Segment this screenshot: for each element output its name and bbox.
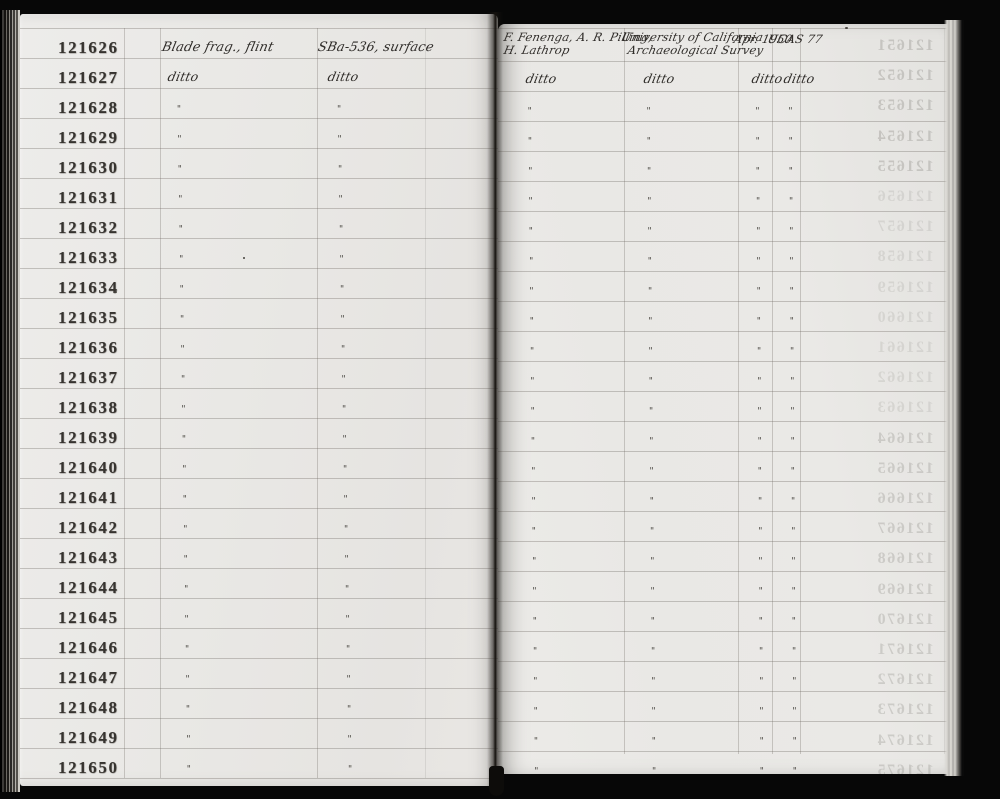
bleedthrough-number: 121660 [876, 309, 934, 327]
ditto-mark: " [185, 645, 190, 655]
ditto-mark: " [338, 135, 343, 145]
row-line [498, 181, 958, 182]
ditto-mark: " [758, 437, 763, 447]
ditto-mark: " [183, 495, 188, 505]
ditto-mark: " [186, 705, 191, 715]
catalog-number: 121639 [58, 428, 119, 448]
ditto-mark: " [790, 287, 795, 297]
ditto-mark: " [532, 527, 537, 537]
ditto-mark: " [648, 257, 653, 267]
ditto-mark: " [791, 497, 796, 507]
ditto-mark: " [533, 617, 538, 627]
ditto-mark: " [650, 467, 655, 477]
ditto-mark: " [347, 675, 352, 685]
bleedthrough-number: 121661 [876, 339, 934, 357]
ditto-mark: " [650, 497, 655, 507]
row-line [498, 301, 958, 302]
ditto-mark: " [341, 345, 346, 355]
row-line [20, 268, 498, 269]
ditto-mark: " [791, 437, 796, 447]
row-line [20, 208, 498, 209]
ditto-mark: " [759, 647, 764, 657]
row-line [20, 598, 498, 599]
ditto-mark: " [340, 285, 345, 295]
row-line [498, 631, 958, 632]
bleedthrough-number: 121663 [876, 399, 934, 417]
ditto-mark: " [647, 137, 652, 147]
row-line [20, 628, 498, 629]
ditto-mark: " [178, 165, 183, 175]
ditto-mark: " [757, 407, 762, 417]
ditto-mark: " [533, 677, 538, 687]
row-line [20, 58, 498, 59]
ditto-mark: " [530, 377, 535, 387]
row-line [20, 778, 498, 779]
row-line [498, 691, 958, 692]
row-line [20, 718, 498, 719]
row-line [498, 571, 958, 572]
row-line [20, 358, 498, 359]
bleedthrough-number: 121659 [876, 279, 934, 297]
ditto-mark: " [759, 617, 764, 627]
ditto-mark: " [346, 645, 351, 655]
ditto-mark: " [792, 617, 797, 627]
collector-ditto: ditto [524, 71, 558, 86]
ditto-mark: " [649, 377, 654, 387]
ditto-mark: " [648, 227, 653, 237]
row-line [20, 88, 498, 89]
catalog-number: 121646 [58, 638, 119, 658]
dust-speck [243, 257, 245, 259]
row-line [20, 448, 498, 449]
row-line [20, 148, 498, 149]
row-line [498, 511, 958, 512]
ditto-mark: " [344, 525, 349, 535]
ditto-mark: " [345, 585, 350, 595]
ditto-mark: " [652, 767, 657, 774]
page-edge-stack-left [0, 10, 20, 792]
ditto-mark: " [348, 765, 353, 775]
ditto-mark: " [342, 375, 347, 385]
ditto-mark: " [757, 317, 762, 327]
ditto-mark: " [529, 197, 534, 207]
ditto-mark: " [347, 705, 352, 715]
book-gutter-shadow [489, 766, 504, 796]
ditto-mark: " [789, 197, 794, 207]
ditto-mark: " [756, 137, 761, 147]
ditto-mark: " [759, 707, 764, 717]
ditto-mark: " [181, 345, 186, 355]
collector-cell: H. Lathrop [503, 43, 572, 57]
row-line [498, 601, 958, 602]
ditto-mark: " [648, 317, 653, 327]
ditto-mark: " [651, 617, 656, 627]
row-line [20, 118, 498, 119]
ditto-mark: " [180, 315, 185, 325]
ditto-mark: " [789, 167, 794, 177]
ditto-mark: " [530, 347, 535, 357]
ditto-mark: " [760, 767, 765, 774]
row-line [20, 568, 498, 569]
catalog-number: 121636 [58, 338, 119, 358]
ditto-mark: " [756, 167, 761, 177]
row-line [20, 688, 498, 689]
catalog-number: 121649 [58, 728, 119, 748]
bleedthrough-number: 121671 [876, 641, 934, 659]
row-line [498, 661, 958, 662]
column-rule [160, 28, 161, 778]
ditto-mark: " [758, 527, 763, 537]
catalog-number: 121627 [58, 68, 119, 88]
ditto-mark: " [182, 435, 187, 445]
bleedthrough-number: 121653 [876, 97, 934, 115]
dust-speck [114, 291, 117, 293]
bleedthrough-number: 121669 [876, 581, 934, 599]
ditto-mark: " [650, 557, 655, 567]
ditto-mark: " [178, 195, 183, 205]
ditto-mark: " [345, 555, 350, 565]
row-line [498, 121, 958, 122]
catalog-number: 121628 [58, 98, 119, 118]
ditto-mark: " [651, 587, 656, 597]
right-page: F. Fenenga, A. R. Pilling,H. LathropUniv… [498, 24, 958, 774]
ditto-mark: " [528, 107, 533, 117]
ditto-mark: " [792, 707, 797, 717]
row-line [498, 151, 958, 152]
bleedthrough-number: 121657 [876, 218, 934, 236]
ditto-mark: " [341, 315, 346, 325]
bleedthrough-number: 121674 [876, 732, 934, 750]
ditto-mark: " [650, 527, 655, 537]
row-line [20, 658, 498, 659]
ditto-mark: " [343, 435, 348, 445]
ditto-mark: " [532, 587, 537, 597]
ditto-mark: " [339, 225, 344, 235]
row-line [498, 481, 958, 482]
ditto-mark: " [531, 437, 536, 447]
row-line [498, 721, 958, 722]
ditto-mark: " [756, 227, 761, 237]
ditto-mark: " [532, 497, 537, 507]
dust-speck [845, 27, 848, 29]
ditto-mark: " [790, 377, 795, 387]
bleedthrough-number: 121662 [876, 369, 934, 387]
ditto-mark: " [790, 317, 795, 327]
row-line [20, 388, 498, 389]
bleedthrough-number: 121656 [876, 188, 934, 206]
ditto-mark: " [528, 137, 533, 147]
ditto-mark: " [652, 707, 657, 717]
description-ditto: ditto [166, 69, 200, 84]
ditto-mark: " [346, 615, 351, 625]
book-gutter [487, 12, 503, 788]
ditto-mark: " [340, 255, 345, 265]
catalog-number: 121644 [58, 578, 119, 598]
ditto-mark: " [793, 737, 798, 747]
ditto-mark: " [531, 467, 536, 477]
ditto-mark: " [793, 767, 798, 774]
ditto-mark: " [759, 677, 764, 687]
catalog-number: 121641 [58, 488, 119, 508]
site-cell: SBa-536, surface [316, 40, 435, 55]
ditto-mark: " [791, 467, 796, 477]
ditto-mark: " [652, 737, 657, 747]
bleedthrough-number: 121655 [876, 158, 934, 176]
ditto-mark: " [184, 585, 189, 595]
page-edge-stack-right [944, 20, 964, 776]
catalog-number: 121642 [58, 518, 119, 538]
row-line [498, 541, 958, 542]
catalog-number: 121634 [58, 278, 119, 298]
catalog-number: 121630 [58, 158, 119, 178]
row-line [498, 421, 958, 422]
ditto-mark: " [342, 405, 347, 415]
bleedthrough-number: 121670 [876, 611, 934, 629]
bleedthrough-number: 121673 [876, 701, 934, 719]
ditto-mark: " [756, 197, 761, 207]
ditto-mark: " [534, 737, 539, 747]
row-line [498, 751, 958, 752]
ditto-mark: " [184, 555, 189, 565]
ditto-mark: " [186, 735, 191, 745]
bleedthrough-number: 121658 [876, 248, 934, 266]
ditto-mark: " [181, 405, 186, 415]
ditto-mark: " [649, 407, 654, 417]
ditto-mark: " [532, 557, 537, 567]
ditto-mark: " [792, 677, 797, 687]
ditto-mark: " [757, 287, 762, 297]
row-line [498, 61, 958, 62]
bleedthrough-number: 121654 [876, 128, 934, 146]
site-ditto: ditto [326, 69, 360, 84]
ditto-mark: " [181, 375, 186, 385]
ditto-mark: " [758, 557, 763, 567]
ditto-mark: " [337, 105, 342, 115]
left-page: 121626Blade frag., flintSBa-536, surface… [20, 14, 498, 786]
ditto-mark: " [757, 347, 762, 357]
row-line [498, 241, 958, 242]
ditto-mark: " [528, 167, 533, 177]
column-rule [317, 28, 318, 778]
row-line [20, 418, 498, 419]
bleedthrough-number: 121668 [876, 550, 934, 568]
ditto-mark: " [649, 347, 654, 357]
ditto-mark: " [648, 287, 653, 297]
ditto-mark: " [534, 767, 539, 774]
ditto-mark: " [182, 465, 187, 475]
row-line [498, 361, 958, 362]
ditto-mark: " [179, 255, 184, 265]
row-line [498, 271, 958, 272]
ditto-mark: " [759, 587, 764, 597]
row-line [20, 538, 498, 539]
catalog-number: 121650 [58, 758, 119, 778]
ditto-mark: " [530, 317, 535, 327]
ditto-mark: " [791, 557, 796, 567]
catalog-number: 121648 [58, 698, 119, 718]
ditto-mark: " [756, 257, 761, 267]
ditto-mark: " [343, 465, 348, 475]
ditto-mark: " [647, 197, 652, 207]
ditto-mark: " [791, 527, 796, 537]
ditto-mark: " [183, 525, 188, 535]
row-line [498, 451, 958, 452]
bleedthrough-number: 121665 [876, 460, 934, 478]
ditto-mark: " [647, 167, 652, 177]
catalog-number: 121647 [58, 668, 119, 688]
ditto-mark: " [760, 737, 765, 747]
ditto-mark: " [179, 225, 184, 235]
bleedthrough-number: 121667 [876, 520, 934, 538]
catalog-number: 121635 [58, 308, 119, 328]
description-cell: Blade frag., flint [160, 40, 275, 55]
row-line [20, 478, 498, 479]
ditto-mark: " [344, 495, 349, 505]
ditto-mark: " [177, 105, 182, 115]
ditto-mark: " [757, 377, 762, 387]
ditto-mark: " [529, 257, 534, 267]
bleedthrough-number: 121664 [876, 430, 934, 448]
ditto-mark: " [534, 707, 539, 717]
catalog-number: 121632 [58, 218, 119, 238]
bleedthrough-number: 121651 [876, 37, 934, 55]
bleedthrough-number: 121672 [876, 671, 934, 689]
catalog-number: 121640 [58, 458, 119, 478]
catalog-number: 121629 [58, 128, 119, 148]
catalog-number: 121633 [58, 248, 119, 268]
ditto-mark: " [187, 765, 192, 775]
row-line [498, 391, 958, 392]
ditto-mark: " [185, 675, 190, 685]
ditto-mark: " [649, 437, 654, 447]
catalog-number: 121645 [58, 608, 119, 628]
row-line [498, 91, 958, 92]
ditto-mark: " [792, 647, 797, 657]
ditto-mark: " [529, 287, 534, 297]
accession-cell: UCAS 77 [767, 32, 824, 46]
column-rule [124, 28, 125, 778]
ditto-mark: " [185, 615, 190, 625]
ditto-mark: " [790, 407, 795, 417]
row-line [20, 28, 498, 29]
ditto-mark: " [789, 227, 794, 237]
row-line [20, 328, 498, 329]
accession-ditto: ditto [782, 71, 816, 86]
ditto-mark: " [338, 165, 343, 175]
ditto-mark: " [789, 137, 794, 147]
source-ditto: ditto [642, 71, 676, 86]
ditto-mark: " [177, 135, 182, 145]
ditto-mark: " [755, 107, 760, 117]
row-line [20, 298, 498, 299]
ditto-mark: " [180, 285, 185, 295]
catalog-number: 121643 [58, 548, 119, 568]
ditto-mark: " [651, 647, 656, 657]
row-line [498, 331, 958, 332]
catalog-number: 121638 [58, 398, 119, 418]
row-line [20, 748, 498, 749]
column-rule [425, 28, 426, 778]
ditto-mark: " [788, 107, 793, 117]
ditto-mark: " [651, 677, 656, 687]
row-line [20, 238, 498, 239]
ditto-mark: " [348, 735, 353, 745]
bleedthrough-number: 121666 [876, 490, 934, 508]
row-line [20, 508, 498, 509]
ditto-mark: " [758, 497, 763, 507]
row-line [498, 28, 958, 29]
ditto-mark: " [647, 107, 652, 117]
catalog-number: 121626 [58, 38, 119, 58]
ditto-mark: " [758, 467, 763, 477]
ditto-mark: " [789, 257, 794, 267]
bleedthrough-number: 121652 [876, 67, 934, 85]
date-ditto: ditto [750, 71, 784, 86]
ditto-mark: " [529, 227, 534, 237]
catalog-number: 121631 [58, 188, 119, 208]
catalog-number: 121637 [58, 368, 119, 388]
bleedthrough-number: 121675 [876, 762, 934, 774]
ditto-mark: " [531, 407, 536, 417]
ditto-mark: " [339, 195, 344, 205]
ditto-mark: " [792, 587, 797, 597]
row-line [20, 178, 498, 179]
row-line [498, 211, 958, 212]
ledger-scan: 121626Blade frag., flintSBa-536, surface… [0, 0, 1000, 799]
ditto-mark: " [790, 347, 795, 357]
ditto-mark: " [533, 647, 538, 657]
